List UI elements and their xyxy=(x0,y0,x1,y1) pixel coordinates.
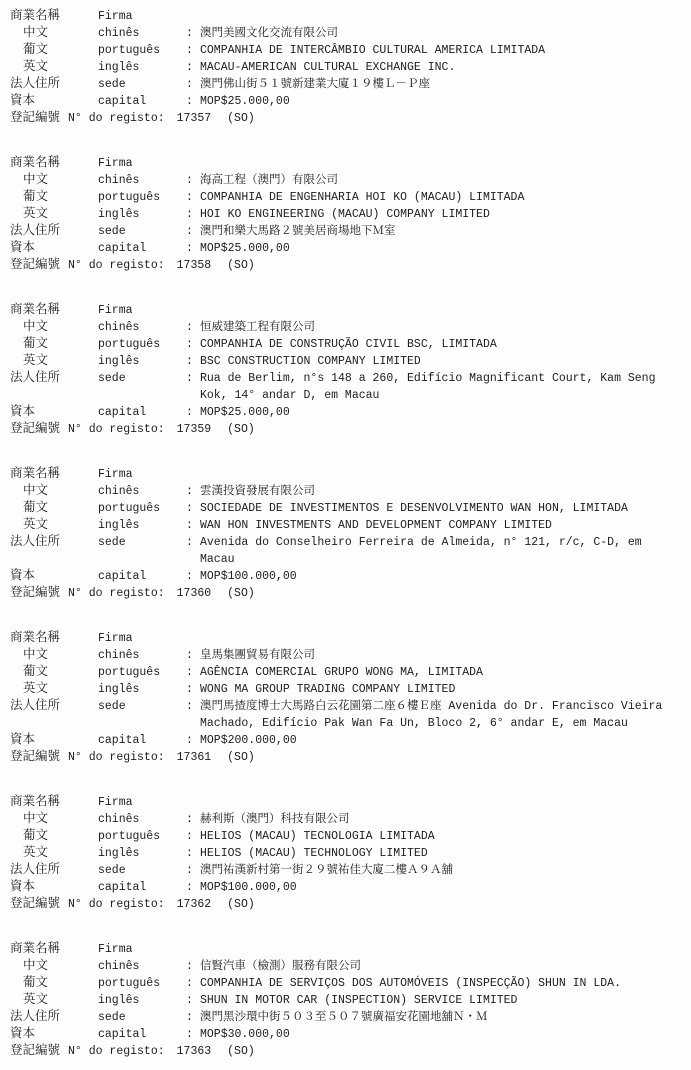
colon-separator: : xyxy=(186,404,200,421)
colon-separator: : xyxy=(186,483,200,500)
label-capital-pt: capital xyxy=(98,404,186,421)
label-capital-zh: 資本 xyxy=(10,568,98,585)
chinese-name-value: 皇馬集團貿易有限公司 xyxy=(200,647,683,664)
registry-entry: 商業名稱 Firma 中文 chinês : 雲漢投資發展有限公司 葡文 por… xyxy=(10,466,683,602)
english-name-value: BSC CONSTRUCTION COMPANY LIMITED xyxy=(200,353,683,370)
label-registo-zh: 登記編號 xyxy=(10,585,60,602)
label-chinese-zh: 中文 xyxy=(10,958,98,975)
sede-row: 法人住所 sede : Rua de Berlim, n°s 148 a 260… xyxy=(10,370,683,404)
registo-number-value: 17363 xyxy=(177,1043,212,1060)
label-capital-zh: 資本 xyxy=(10,732,98,749)
chinese-name-row: 中文 chinês : 信賢汽車（檢測）服務有限公司 xyxy=(10,958,683,975)
label-sede-zh: 法人住所 xyxy=(10,862,98,879)
label-chinese-pt: chinês xyxy=(98,483,186,500)
label-firma-pt: Firma xyxy=(98,630,186,647)
label-sede-pt: sede xyxy=(98,534,186,551)
colon-separator: : xyxy=(186,958,200,975)
colon-separator: : xyxy=(186,319,200,336)
label-portuguese-zh: 葡文 xyxy=(10,189,98,206)
capital-value: MOP$25.000,00 xyxy=(200,404,683,421)
chinese-name-row: 中文 chinês : 皇馬集團貿易有限公司 xyxy=(10,647,683,664)
label-registo-pt: N° do registo: xyxy=(68,896,165,913)
label-registo-pt: N° do registo: xyxy=(68,585,165,602)
colon-separator: : xyxy=(186,647,200,664)
label-firma-pt: Firma xyxy=(98,794,186,811)
english-name-value: WONG MA GROUP TRADING COMPANY LIMITED xyxy=(200,681,683,698)
label-english-zh: 英文 xyxy=(10,206,98,223)
registry-entry: 商業名稱 Firma 中文 chinês : 恒威建築工程有限公司 葡文 por… xyxy=(10,302,683,438)
capital-value: MOP$25.000,00 xyxy=(200,93,683,110)
english-name-row: 英文 inglês : WAN HON INVESTMENTS AND DEVE… xyxy=(10,517,683,534)
label-firma-zh: 商業名稱 xyxy=(10,630,98,647)
english-name-row: 英文 inglês : MACAU-AMERICAN CULTURAL EXCH… xyxy=(10,59,683,76)
english-name-value: SHUN IN MOTOR CAR (INSPECTION) SERVICE L… xyxy=(200,992,683,1009)
sede-value: Rua de Berlim, n°s 148 a 260, Edifício M… xyxy=(200,370,683,404)
capital-value: MOP$25.000,00 xyxy=(200,240,683,257)
label-portuguese-pt: português xyxy=(98,664,186,681)
portuguese-name-value: HELIOS (MACAU) TECNOLOGIA LIMITADA xyxy=(200,828,683,845)
registo-suffix: (SO) xyxy=(227,749,255,766)
chinese-name-row: 中文 chinês : 赫利斯（澳門）科技有限公司 xyxy=(10,811,683,828)
colon-separator: : xyxy=(186,568,200,585)
colon-separator: : xyxy=(186,698,200,715)
colon-separator: : xyxy=(186,534,200,551)
label-firma-pt: Firma xyxy=(98,466,186,483)
registo-suffix: (SO) xyxy=(227,421,255,438)
registry-entry: 商業名稱 Firma 中文 chinês : 澳門美國文化交流有限公司 葡文 p… xyxy=(10,8,683,127)
capital-row: 資本 capital : MOP$200.000,00 xyxy=(10,732,683,749)
capital-row: 資本 capital : MOP$30.000,00 xyxy=(10,1026,683,1043)
label-english-pt: inglês xyxy=(98,353,186,370)
label-english-zh: 英文 xyxy=(10,517,98,534)
label-firma-zh: 商業名稱 xyxy=(10,794,98,811)
portuguese-name-value: COMPANHIA DE CONSTRUÇÃO CIVIL BSC, LIMIT… xyxy=(200,336,683,353)
portuguese-name-row: 葡文 português : COMPANHIA DE CONSTRUÇÃO C… xyxy=(10,336,683,353)
registo-number-value: 17358 xyxy=(177,257,212,274)
colon-separator: : xyxy=(186,732,200,749)
colon-separator: : xyxy=(186,845,200,862)
colon-separator: : xyxy=(186,500,200,517)
registo-number-value: 17359 xyxy=(177,421,212,438)
label-capital-zh: 資本 xyxy=(10,879,98,896)
label-firma-zh: 商業名稱 xyxy=(10,466,98,483)
colon-separator: : xyxy=(186,992,200,1009)
label-portuguese-zh: 葡文 xyxy=(10,500,98,517)
colon-separator: : xyxy=(186,172,200,189)
label-firma-pt: Firma xyxy=(98,155,186,172)
portuguese-name-row: 葡文 português : AGÊNCIA COMERCIAL GRUPO W… xyxy=(10,664,683,681)
document-page: 商業名稱 Firma 中文 chinês : 澳門美國文化交流有限公司 葡文 p… xyxy=(0,0,691,1070)
label-sede-zh: 法人住所 xyxy=(10,698,98,715)
registo-row: 登記編號 N° do registo: 17361 (SO) xyxy=(10,749,683,766)
registo-number-value: 17357 xyxy=(177,110,212,127)
colon-separator: : xyxy=(186,353,200,370)
label-registo-zh: 登記編號 xyxy=(10,421,60,438)
label-sede-zh: 法人住所 xyxy=(10,534,98,551)
label-chinese-zh: 中文 xyxy=(10,483,98,500)
label-capital-pt: capital xyxy=(98,568,186,585)
label-chinese-pt: chinês xyxy=(98,25,186,42)
sede-value: 澳門佛山街５１號新建業大廈１９樓Ｌ－Ｐ座 xyxy=(200,76,683,93)
colon-separator: : xyxy=(186,93,200,110)
label-portuguese-pt: português xyxy=(98,500,186,517)
chinese-name-row: 中文 chinês : 恒威建築工程有限公司 xyxy=(10,319,683,336)
registo-number-value: 17362 xyxy=(177,896,212,913)
label-chinese-zh: 中文 xyxy=(10,319,98,336)
capital-row: 資本 capital : MOP$25.000,00 xyxy=(10,93,683,110)
label-capital-pt: capital xyxy=(98,1026,186,1043)
colon-separator: : xyxy=(186,879,200,896)
label-portuguese-pt: português xyxy=(98,336,186,353)
chinese-name-value: 赫利斯（澳門）科技有限公司 xyxy=(200,811,683,828)
registo-suffix: (SO) xyxy=(227,896,255,913)
firma-header-row: 商業名稱 Firma xyxy=(10,155,683,172)
label-portuguese-pt: português xyxy=(98,975,186,992)
label-chinese-pt: chinês xyxy=(98,958,186,975)
firma-header-row: 商業名稱 Firma xyxy=(10,8,683,25)
label-english-zh: 英文 xyxy=(10,59,98,76)
label-chinese-pt: chinês xyxy=(98,811,186,828)
label-sede-pt: sede xyxy=(98,370,186,387)
capital-value: MOP$100.000,00 xyxy=(200,879,683,896)
portuguese-name-value: COMPANHIA DE SERVIÇOS DOS AUTOMÓVEIS (IN… xyxy=(200,975,683,992)
colon-separator: : xyxy=(186,25,200,42)
label-registo-zh: 登記編號 xyxy=(10,749,60,766)
portuguese-name-row: 葡文 português : HELIOS (MACAU) TECNOLOGIA… xyxy=(10,828,683,845)
chinese-name-value: 信賢汽車（檢測）服務有限公司 xyxy=(200,958,683,975)
label-registo-zh: 登記編號 xyxy=(10,257,60,274)
label-portuguese-pt: português xyxy=(98,189,186,206)
sede-value: 澳門黑沙環中街５０３至５０７號廣福安花園地舖Ｎ・Ｍ xyxy=(200,1009,683,1026)
colon-separator: : xyxy=(186,76,200,93)
label-firma-zh: 商業名稱 xyxy=(10,302,98,319)
portuguese-name-value: AGÊNCIA COMERCIAL GRUPO WONG MA, LIMITAD… xyxy=(200,664,683,681)
label-portuguese-zh: 葡文 xyxy=(10,336,98,353)
portuguese-name-row: 葡文 português : SOCIEDADE DE INVESTIMENTO… xyxy=(10,500,683,517)
label-english-pt: inglês xyxy=(98,992,186,1009)
chinese-name-row: 中文 chinês : 海高工程（澳門）有限公司 xyxy=(10,172,683,189)
registo-row: 登記編號 N° do registo: 17358 (SO) xyxy=(10,257,683,274)
chinese-name-value: 澳門美國文化交流有限公司 xyxy=(200,25,683,42)
capital-row: 資本 capital : MOP$100.000,00 xyxy=(10,568,683,585)
sede-value: 澳門馬揸度博士大馬路白云花園第二座６樓Ｅ座 Avenida do Dr. Fra… xyxy=(200,698,683,732)
label-portuguese-zh: 葡文 xyxy=(10,42,98,59)
capital-value: MOP$200.000,00 xyxy=(200,732,683,749)
registo-suffix: (SO) xyxy=(227,257,255,274)
colon-separator: : xyxy=(186,370,200,387)
label-english-pt: inglês xyxy=(98,845,186,862)
label-portuguese-zh: 葡文 xyxy=(10,975,98,992)
label-capital-zh: 資本 xyxy=(10,93,98,110)
english-name-row: 英文 inglês : HELIOS (MACAU) TECHNOLOGY LI… xyxy=(10,845,683,862)
portuguese-name-row: 葡文 português : COMPANHIA DE INTERCÂMBIO … xyxy=(10,42,683,59)
label-chinese-zh: 中文 xyxy=(10,811,98,828)
registry-entry: 商業名稱 Firma 中文 chinês : 皇馬集團貿易有限公司 葡文 por… xyxy=(10,630,683,766)
colon-separator: : xyxy=(186,189,200,206)
sede-value: 澳門祐漢新村第一街２９號祐佳大廈二樓Ａ９Ａ舖 xyxy=(200,862,683,879)
sede-row: 法人住所 sede : 澳門和樂大馬路２號美居商場地下Ｍ室 xyxy=(10,223,683,240)
english-name-value: HOI KO ENGINEERING (MACAU) COMPANY LIMIT… xyxy=(200,206,683,223)
label-english-zh: 英文 xyxy=(10,353,98,370)
label-sede-zh: 法人住所 xyxy=(10,76,98,93)
label-capital-pt: capital xyxy=(98,879,186,896)
label-english-pt: inglês xyxy=(98,59,186,76)
registo-row: 登記編號 N° do registo: 17362 (SO) xyxy=(10,896,683,913)
registry-entry: 商業名稱 Firma 中文 chinês : 赫利斯（澳門）科技有限公司 葡文 … xyxy=(10,794,683,913)
firma-header-row: 商業名稱 Firma xyxy=(10,630,683,647)
label-english-zh: 英文 xyxy=(10,845,98,862)
sede-row: 法人住所 sede : Avenida do Conselheiro Ferre… xyxy=(10,534,683,568)
label-sede-pt: sede xyxy=(98,1009,186,1026)
registo-number-value: 17360 xyxy=(177,585,212,602)
label-english-zh: 英文 xyxy=(10,992,98,1009)
sede-value: Avenida do Conselheiro Ferreira de Almei… xyxy=(200,534,683,568)
registry-entry: 商業名稱 Firma 中文 chinês : 海高工程（澳門）有限公司 葡文 p… xyxy=(10,155,683,274)
label-registo-pt: N° do registo: xyxy=(68,257,165,274)
sede-row: 法人住所 sede : 澳門祐漢新村第一街２９號祐佳大廈二樓Ａ９Ａ舖 xyxy=(10,862,683,879)
registo-row: 登記編號 N° do registo: 17357 (SO) xyxy=(10,110,683,127)
label-capital-zh: 資本 xyxy=(10,240,98,257)
label-sede-pt: sede xyxy=(98,862,186,879)
label-english-pt: inglês xyxy=(98,681,186,698)
registo-suffix: (SO) xyxy=(227,110,255,127)
label-sede-pt: sede xyxy=(98,76,186,93)
colon-separator: : xyxy=(186,59,200,76)
portuguese-name-value: COMPANHIA DE ENGENHARIA HOI KO (MACAU) L… xyxy=(200,189,683,206)
chinese-name-value: 雲漢投資發展有限公司 xyxy=(200,483,683,500)
label-capital-pt: capital xyxy=(98,93,186,110)
label-chinese-zh: 中文 xyxy=(10,647,98,664)
registo-row: 登記編號 N° do registo: 17363 (SO) xyxy=(10,1043,683,1060)
label-registo-pt: N° do registo: xyxy=(68,1043,165,1060)
english-name-value: WAN HON INVESTMENTS AND DEVELOPMENT COMP… xyxy=(200,517,683,534)
label-sede-zh: 法人住所 xyxy=(10,370,98,387)
firma-header-row: 商業名稱 Firma xyxy=(10,941,683,958)
english-name-value: HELIOS (MACAU) TECHNOLOGY LIMITED xyxy=(200,845,683,862)
colon-separator: : xyxy=(186,1026,200,1043)
label-portuguese-zh: 葡文 xyxy=(10,828,98,845)
registo-row: 登記編號 N° do registo: 17360 (SO) xyxy=(10,585,683,602)
colon-separator: : xyxy=(186,664,200,681)
label-english-zh: 英文 xyxy=(10,681,98,698)
label-chinese-zh: 中文 xyxy=(10,25,98,42)
label-portuguese-pt: português xyxy=(98,828,186,845)
english-name-row: 英文 inglês : HOI KO ENGINEERING (MACAU) C… xyxy=(10,206,683,223)
label-sede-pt: sede xyxy=(98,223,186,240)
label-firma-pt: Firma xyxy=(98,941,186,958)
label-registo-zh: 登記編號 xyxy=(10,896,60,913)
label-capital-zh: 資本 xyxy=(10,404,98,421)
chinese-name-value: 海高工程（澳門）有限公司 xyxy=(200,172,683,189)
english-name-row: 英文 inglês : WONG MA GROUP TRADING COMPAN… xyxy=(10,681,683,698)
sede-value: 澳門和樂大馬路２號美居商場地下Ｍ室 xyxy=(200,223,683,240)
entries: 商業名稱 Firma 中文 chinês : 澳門美國文化交流有限公司 葡文 p… xyxy=(10,8,683,1060)
colon-separator: : xyxy=(186,206,200,223)
label-chinese-pt: chinês xyxy=(98,647,186,664)
label-english-pt: inglês xyxy=(98,517,186,534)
portuguese-name-row: 葡文 português : COMPANHIA DE SERVIÇOS DOS… xyxy=(10,975,683,992)
label-registo-pt: N° do registo: xyxy=(68,749,165,766)
label-firma-pt: Firma xyxy=(98,8,186,25)
sede-row: 法人住所 sede : 澳門馬揸度博士大馬路白云花園第二座６樓Ｅ座 Avenid… xyxy=(10,698,683,732)
english-name-row: 英文 inglês : SHUN IN MOTOR CAR (INSPECTIO… xyxy=(10,992,683,1009)
label-sede-zh: 法人住所 xyxy=(10,223,98,240)
colon-separator: : xyxy=(186,681,200,698)
label-firma-zh: 商業名稱 xyxy=(10,941,98,958)
portuguese-name-value: COMPANHIA DE INTERCÂMBIO CULTURAL AMERIC… xyxy=(200,42,683,59)
colon-separator: : xyxy=(186,975,200,992)
label-capital-zh: 資本 xyxy=(10,1026,98,1043)
label-sede-zh: 法人住所 xyxy=(10,1009,98,1026)
label-chinese-pt: chinês xyxy=(98,172,186,189)
chinese-name-value: 恒威建築工程有限公司 xyxy=(200,319,683,336)
portuguese-name-value: SOCIEDADE DE INVESTIMENTOS E DESENVOLVIM… xyxy=(200,500,683,517)
english-name-row: 英文 inglês : BSC CONSTRUCTION COMPANY LIM… xyxy=(10,353,683,370)
colon-separator: : xyxy=(186,240,200,257)
label-capital-pt: capital xyxy=(98,732,186,749)
label-sede-pt: sede xyxy=(98,698,186,715)
capital-value: MOP$100.000,00 xyxy=(200,568,683,585)
colon-separator: : xyxy=(186,862,200,879)
label-firma-zh: 商業名稱 xyxy=(10,155,98,172)
firma-header-row: 商業名稱 Firma xyxy=(10,466,683,483)
label-registo-pt: N° do registo: xyxy=(68,421,165,438)
sede-row: 法人住所 sede : 澳門黑沙環中街５０３至５０７號廣福安花園地舖Ｎ・Ｍ xyxy=(10,1009,683,1026)
label-registo-zh: 登記編號 xyxy=(10,1043,60,1060)
capital-value: MOP$30.000,00 xyxy=(200,1026,683,1043)
registo-suffix: (SO) xyxy=(227,1043,255,1060)
colon-separator: : xyxy=(186,336,200,353)
registo-row: 登記編號 N° do registo: 17359 (SO) xyxy=(10,421,683,438)
label-firma-zh: 商業名稱 xyxy=(10,8,98,25)
colon-separator: : xyxy=(186,517,200,534)
colon-separator: : xyxy=(186,223,200,240)
registry-entry: 商業名稱 Firma 中文 chinês : 信賢汽車（檢測）服務有限公司 葡文… xyxy=(10,941,683,1060)
chinese-name-row: 中文 chinês : 澳門美國文化交流有限公司 xyxy=(10,25,683,42)
label-english-pt: inglês xyxy=(98,206,186,223)
label-chinese-pt: chinês xyxy=(98,319,186,336)
capital-row: 資本 capital : MOP$25.000,00 xyxy=(10,404,683,421)
capital-row: 資本 capital : MOP$100.000,00 xyxy=(10,879,683,896)
firma-header-row: 商業名稱 Firma xyxy=(10,794,683,811)
colon-separator: : xyxy=(186,42,200,59)
colon-separator: : xyxy=(186,811,200,828)
label-chinese-zh: 中文 xyxy=(10,172,98,189)
label-portuguese-zh: 葡文 xyxy=(10,664,98,681)
label-firma-pt: Firma xyxy=(98,302,186,319)
label-registo-pt: N° do registo: xyxy=(68,110,165,127)
registo-suffix: (SO) xyxy=(227,585,255,602)
label-portuguese-pt: português xyxy=(98,42,186,59)
chinese-name-row: 中文 chinês : 雲漢投資發展有限公司 xyxy=(10,483,683,500)
english-name-value: MACAU-AMERICAN CULTURAL EXCHANGE INC. xyxy=(200,59,683,76)
firma-header-row: 商業名稱 Firma xyxy=(10,302,683,319)
portuguese-name-row: 葡文 português : COMPANHIA DE ENGENHARIA H… xyxy=(10,189,683,206)
label-capital-pt: capital xyxy=(98,240,186,257)
colon-separator: : xyxy=(186,1009,200,1026)
colon-separator: : xyxy=(186,828,200,845)
capital-row: 資本 capital : MOP$25.000,00 xyxy=(10,240,683,257)
sede-row: 法人住所 sede : 澳門佛山街５１號新建業大廈１９樓Ｌ－Ｐ座 xyxy=(10,76,683,93)
registo-number-value: 17361 xyxy=(177,749,212,766)
label-registo-zh: 登記編號 xyxy=(10,110,60,127)
